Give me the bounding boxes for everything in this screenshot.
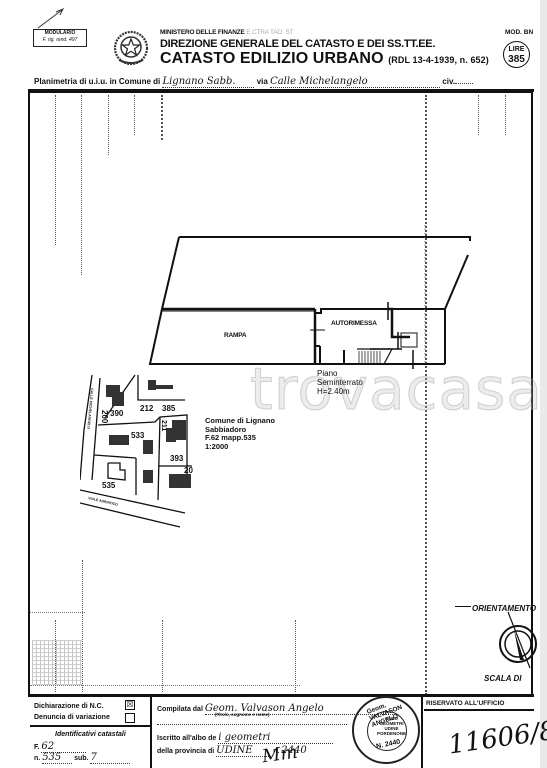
signature: Mm xyxy=(261,742,299,768)
modulario-subtitle: F. rig. rend. 497 xyxy=(34,37,86,44)
scale-label: SCALA DI xyxy=(484,674,521,683)
floor-level: Seminterrato xyxy=(317,378,363,387)
grid-line xyxy=(30,612,85,613)
registered-label: Iscritto all'albo de xyxy=(157,735,216,742)
office-reserved-title: RISERVATO ALL'UFFICIO xyxy=(426,700,504,707)
stamp-inner-text: ALBO GEOMETRI UDINE PORDENONE xyxy=(377,716,406,736)
italian-republic-emblem-icon xyxy=(113,30,149,66)
parcel-533: 533 xyxy=(131,431,145,440)
parcel-390: 390 xyxy=(110,409,124,418)
numero-value: 535 xyxy=(42,752,61,763)
ministry-label: MINISTERO DELLE FINANZE E CTRA TAO .ST xyxy=(160,29,293,36)
parcel-535: 535 xyxy=(102,481,116,490)
floor-name: Piano xyxy=(317,369,363,378)
model-code: MOD. BN xyxy=(505,29,533,36)
declaration-nc-label: Dichiarazione di N.C. xyxy=(34,703,104,710)
grid-line xyxy=(478,95,479,135)
registered-row: Iscritto all'albo de i geometri xyxy=(157,732,333,744)
modulario-title: MODULARIO xyxy=(34,30,86,37)
modulario-box: MODULARIO F. rig. rend. 497 xyxy=(33,29,87,47)
foglio-value: 62 xyxy=(41,741,54,752)
north-arrow-icon xyxy=(490,610,540,670)
grid-line xyxy=(134,95,135,135)
scan-noise xyxy=(32,640,82,685)
footer-top-rule xyxy=(28,694,534,697)
grid-line xyxy=(55,95,56,245)
civ-label: civ. xyxy=(442,77,455,86)
parcel-385: 385 xyxy=(162,404,176,413)
grid-line xyxy=(30,685,300,686)
footer-divider xyxy=(421,697,423,768)
footer-divider xyxy=(30,725,150,727)
price-value: 385 xyxy=(504,55,529,65)
price-badge: LIRE 385 xyxy=(503,41,530,68)
compiled-by-hint: (Titolo, cognome e nome) xyxy=(215,712,270,717)
dotted-line xyxy=(157,724,347,725)
stamp-line: PORDENONE xyxy=(377,731,406,736)
site-map: 390 212 385 200 211 533 393 20 535 VIALE… xyxy=(80,370,210,530)
floor-height: H=2.40m xyxy=(317,387,363,396)
variation-checkbox[interactable] xyxy=(125,713,135,723)
site-map-caption: Comune di Lignano Sabbiadoro F.62 mapp.5… xyxy=(205,417,275,451)
numero-row: n. 535 sub. 7 xyxy=(34,752,130,764)
variation-label: Denuncia di variazione xyxy=(34,714,110,721)
province-label: della provincia di xyxy=(157,748,214,755)
declaration-nc-checkbox[interactable]: ☒ xyxy=(125,700,135,710)
parcel-212: 212 xyxy=(140,404,154,413)
caption-line: 1:2000 xyxy=(205,443,275,452)
pen-mark-icon xyxy=(36,8,66,30)
office-annotation: 11606/87 xyxy=(447,713,547,760)
identifiers-title: Identificativi catastali xyxy=(55,731,126,738)
comune-value: Lignano Sabb. xyxy=(162,76,235,87)
room-label-rampa: RAMPA xyxy=(224,332,246,339)
province-value: UDINE xyxy=(216,745,252,756)
numero-label: n. xyxy=(34,755,40,762)
law-reference: (RDL 13-4-1939, n. 652) xyxy=(388,55,489,65)
grid-line xyxy=(82,560,83,692)
variation-declaration: Denuncia di variazione xyxy=(34,714,110,721)
registered-value: i geometri xyxy=(218,732,270,743)
foglio-label: F. xyxy=(34,744,39,751)
grid-line xyxy=(162,620,163,692)
parcel-200: 200 xyxy=(100,410,109,424)
professional-stamp: Geom. VALVASON ANGELO ALBO GEOMETRI UDIN… xyxy=(352,696,420,764)
plan-prefix: Planimetria di u.i.u. in Comune di xyxy=(34,77,160,86)
grid-line xyxy=(108,95,109,155)
parcel-20: 20 xyxy=(184,466,193,475)
footer-divider xyxy=(424,709,534,711)
compiled-by-label: Compilata dal xyxy=(157,706,203,713)
grid-line xyxy=(81,95,82,275)
plan-location-line: Planimetria di u.i.u. in Comune di Ligna… xyxy=(34,76,534,88)
directorate-title: DIREZIONE GENERALE DEL CATASTO E DEI SS.… xyxy=(160,38,435,50)
orientation-leader xyxy=(455,606,471,607)
declaration-nc: Dichiarazione di N.C. xyxy=(34,703,104,710)
grid-line xyxy=(161,95,163,140)
via-value: Calle Michelangelo xyxy=(270,76,368,87)
sub-label: sub. xyxy=(74,755,88,762)
room-label-autorimessa: AUTORIMESSA xyxy=(331,320,377,327)
registry-title: CATASTO EDILIZIO URBANO (RDL 13-4-1939, … xyxy=(160,50,489,68)
floor-caption: Piano Seminterrato H=2.40m xyxy=(317,369,363,396)
sub-value: 7 xyxy=(90,752,96,763)
via-label: via xyxy=(257,77,268,86)
grid-line xyxy=(505,95,506,135)
parcel-211: 211 xyxy=(160,420,167,431)
footer-divider xyxy=(150,697,152,768)
parcel-393: 393 xyxy=(170,454,184,463)
grid-line xyxy=(295,620,296,692)
